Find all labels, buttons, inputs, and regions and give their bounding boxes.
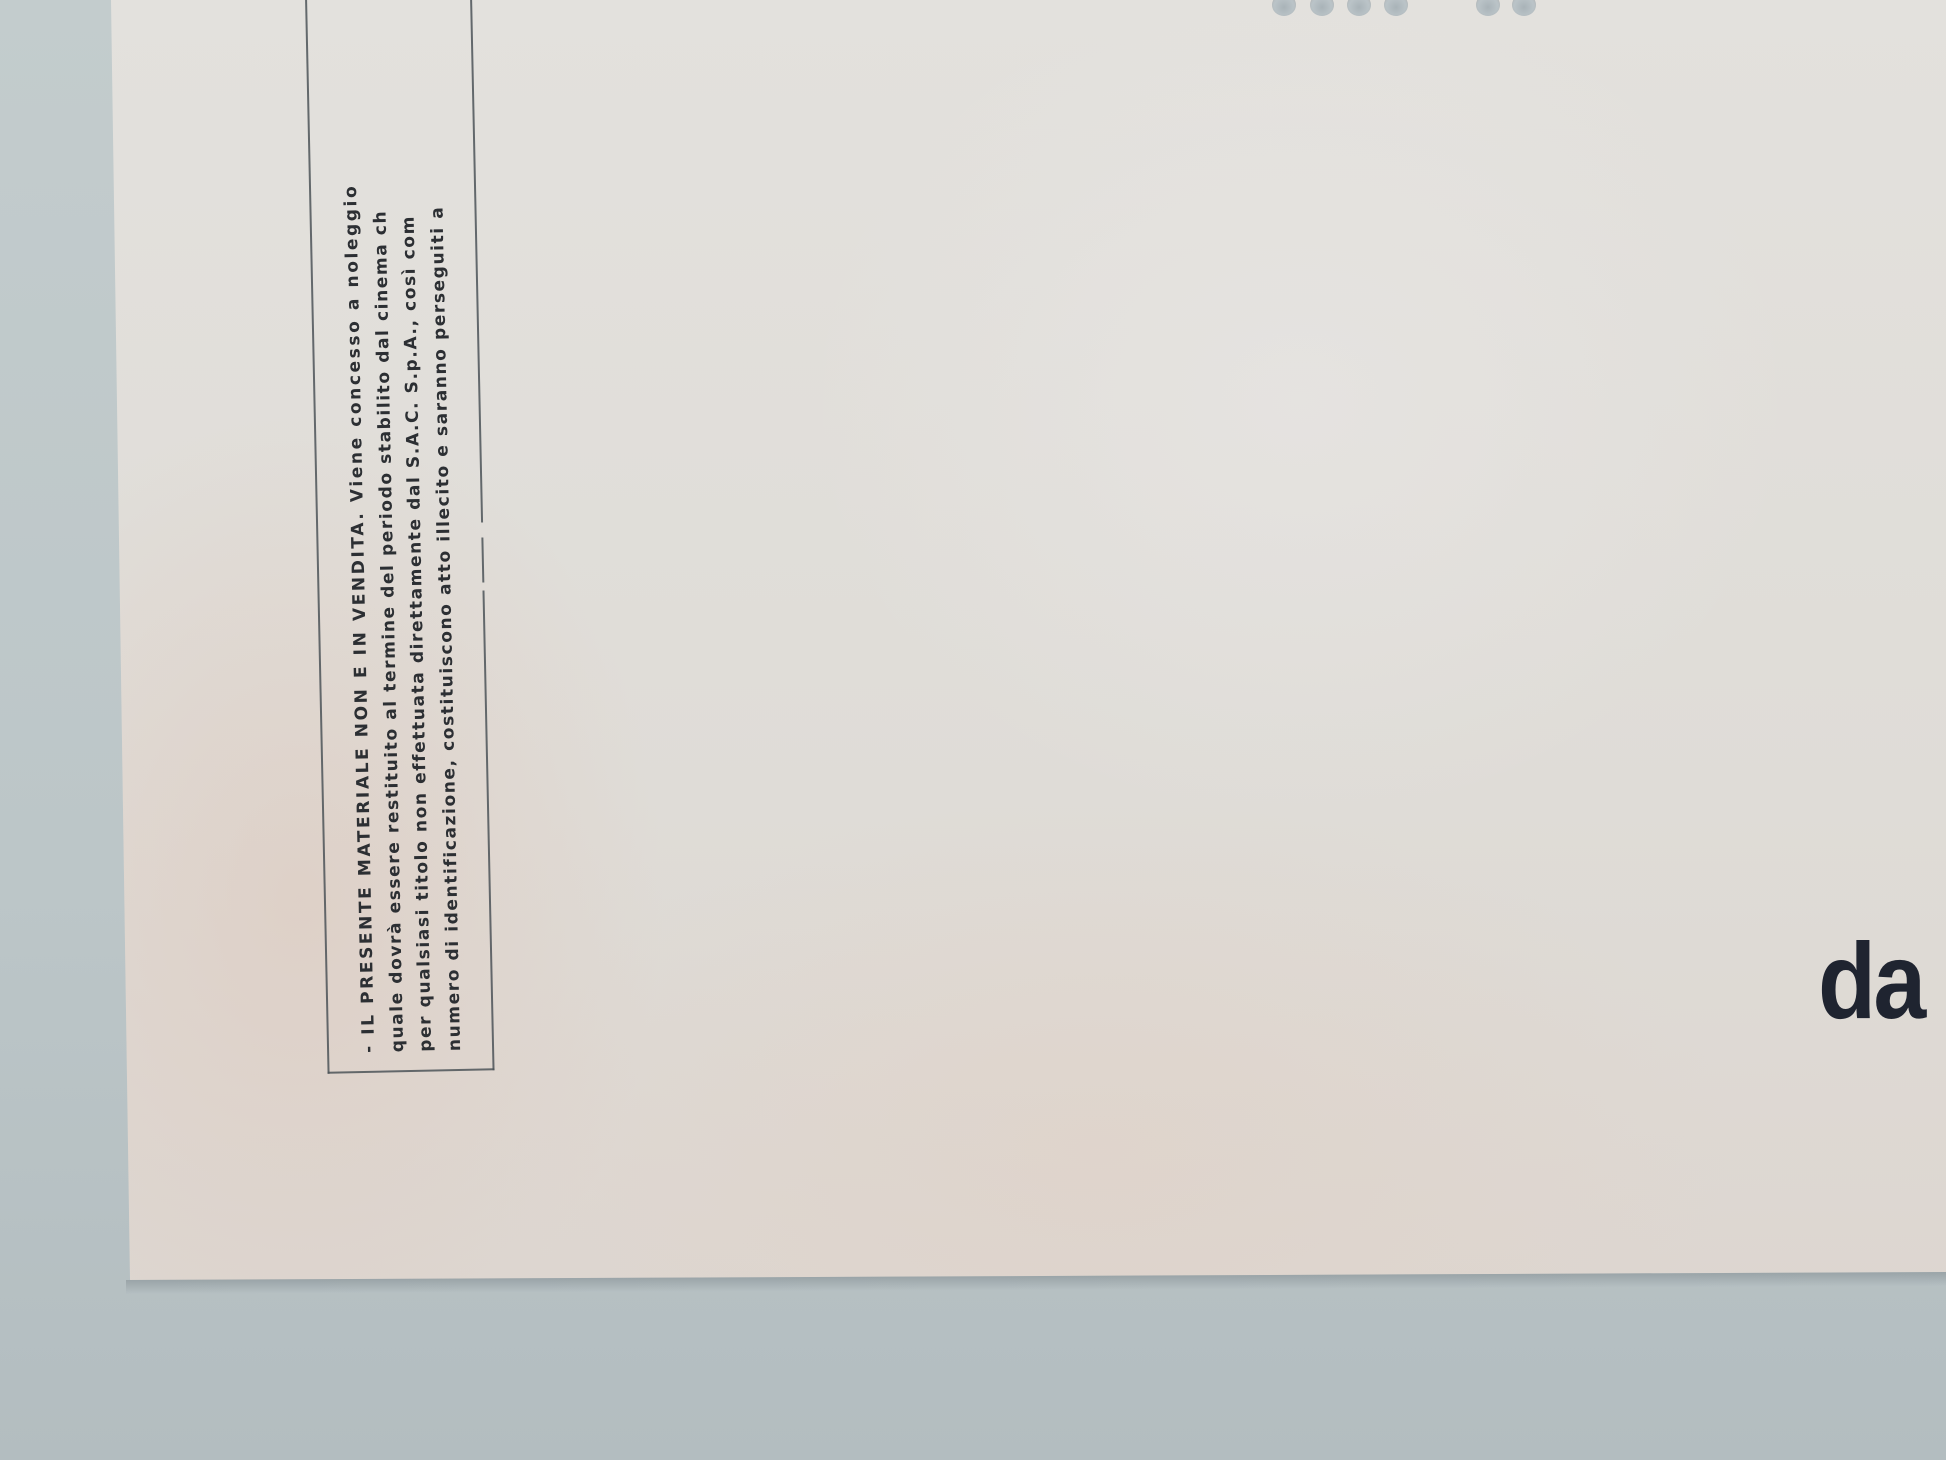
notice-border-right [470,0,495,1070]
poster-text-fragment: da [1818,918,1924,1043]
legal-notice-box: - IL PRESENTE MATERIALE NON E IN VENDITA… [305,0,514,1076]
legal-notice-text: - IL PRESENTE MATERIALE NON E IN VENDITA… [331,0,469,1053]
poster-paper [0,0,1946,1460]
